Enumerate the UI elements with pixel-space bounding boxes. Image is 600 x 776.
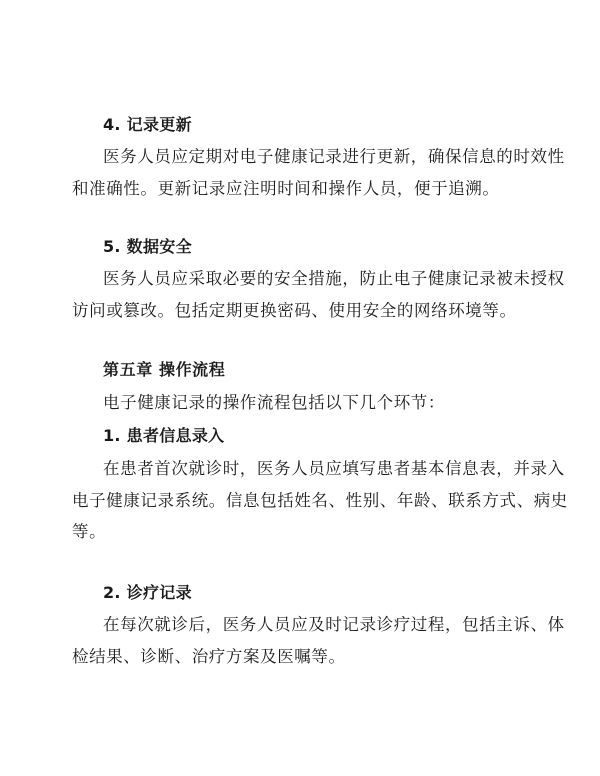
paragraph-line: 医务人员应定期对电子健康记录进行更新，确保信息的时效性	[103, 147, 565, 167]
section-heading-data-security: 5. 数据安全	[103, 237, 192, 257]
paragraph-line: 在每次就诊后，医务人员应及时记录诊疗过程，包括主诉、体	[103, 615, 565, 635]
chapter-title: 第五章 操作流程	[103, 360, 225, 380]
paragraph-line: 检结果、诊断、治疗方案及医嘱等。	[72, 647, 346, 667]
step-heading-patient-info-entry: 1. 患者信息录入	[103, 426, 224, 446]
chapter-intro: 电子健康记录的操作流程包括以下几个环节：	[103, 393, 445, 413]
step-heading-diagnosis-record: 2. 诊疗记录	[103, 583, 192, 603]
paragraph-line: 在患者首次就诊时，医务人员应填写患者基本信息表，并录入	[103, 459, 565, 479]
paragraph-line: 等。	[72, 522, 106, 542]
paragraph-line: 访问或篡改。包括定期更换密码、使用安全的网络环境等。	[72, 301, 517, 321]
section-heading-record-update: 4. 记录更新	[103, 115, 192, 135]
paragraph-line: 和准确性。更新记录应注明时间和操作人员，便于追溯。	[72, 179, 500, 199]
paragraph-line: 医务人员应采取必要的安全措施，防止电子健康记录被未授权	[103, 269, 565, 289]
paragraph-line: 电子健康记录系统。信息包括姓名、性别、年龄、联系方式、病史	[72, 491, 568, 511]
